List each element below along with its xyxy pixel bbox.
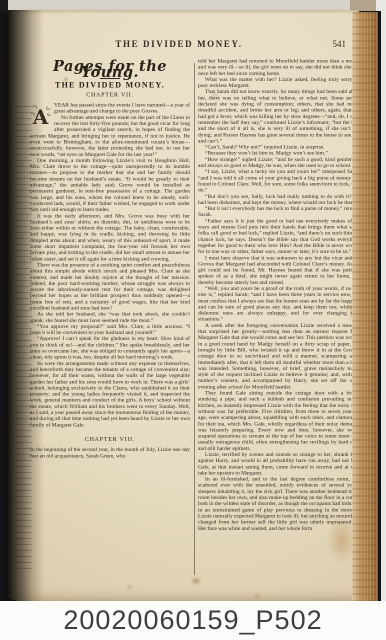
paragraph: “You approve my proposal?” said Mrs. Cla… xyxy=(30,323,190,335)
paragraph: A YEAR has passed since the events I hav… xyxy=(30,102,190,114)
paragraph: As she told her husband, she “was that t… xyxy=(30,311,190,323)
chapter-heading: CHAPTER VIII. xyxy=(30,436,190,442)
paragraph: One morning, a month following Lizzie’s … xyxy=(30,157,190,212)
gutter-curved-text xyxy=(15,106,32,574)
paragraph: “Well, you and yours be a proof of the t… xyxy=(198,285,361,322)
right-column: told her Margaret had returned to Moorfi… xyxy=(198,58,361,573)
paragraph: There was the presence of a soothing qui… xyxy=(30,262,190,311)
paragraph: I must here observe that it was unknown … xyxy=(198,255,361,286)
paragraph: So were the arrangements made without an… xyxy=(30,360,190,428)
story-title: THE DIVIDED MONEY. xyxy=(30,82,190,88)
stain-spot xyxy=(208,90,222,100)
paragraph: told her Margaret had returned to Moorfi… xyxy=(198,58,361,76)
paragraph: “But it isn’t everybody has the luck to … xyxy=(198,206,361,218)
book-photo: THE DIVIDED MONEY. 541 Pages for the You… xyxy=(0,0,386,640)
book-page: THE DIVIDED MONEY. 541 Pages for the You… xyxy=(8,10,360,602)
paragraph: “How strange!” sighed Lizzie; “and he su… xyxy=(198,156,361,168)
archive-code-label: 20020060159_P502 xyxy=(63,605,322,636)
paragraph: It was the early afternoon, and Mrs. Gro… xyxy=(30,213,190,262)
paragraph: A week after the foregoing conversation … xyxy=(198,322,361,390)
masthead-title: Pages for the Young. xyxy=(30,63,190,75)
stain-spot xyxy=(188,575,204,587)
paragraph: In the beginning of the second year, in … xyxy=(30,447,190,459)
background-edge xyxy=(381,0,386,640)
chapter-heading: CHAPTER VII. xyxy=(30,91,190,97)
paragraph-text: YEAR has passed since the events I have … xyxy=(54,102,190,114)
archive-label-strip: 20020060159_P502 xyxy=(0,601,386,640)
paragraph: That Sarah did not know exactly. So many… xyxy=(198,89,361,144)
page-number: 541 xyxy=(333,39,347,49)
paragraph: “Father says it is just the good or bad … xyxy=(198,218,361,255)
paragraph: “I say, Lizzie, what a lucky lot you and… xyxy=(198,169,361,194)
paragraph: Lizzie, terrified by scenes and sounds s… xyxy=(198,452,361,477)
stain-spot xyxy=(62,76,70,83)
stain-spot xyxy=(252,592,263,600)
paragraph: No further attempts were made on the par… xyxy=(30,114,190,157)
book-fore-edge xyxy=(352,12,378,602)
running-title: THE DIVIDED MONEY. xyxy=(38,39,320,49)
paragraph: “Approve! I can’t speak for the gladness… xyxy=(30,336,190,361)
paragraph: “But don’t you see, Sally, luck had real… xyxy=(198,193,361,205)
paragraph: They found Gale sitting outside the cott… xyxy=(198,390,361,451)
column-divider-rule xyxy=(194,63,195,575)
stain-spot xyxy=(126,584,133,590)
text-columns: Pages for the Young. THE DIVIDED MONEY. … xyxy=(30,55,362,577)
paragraph: What was the matter with her? Lizzie ask… xyxy=(198,76,361,88)
left-column: Pages for the Young. THE DIVIDED MONEY. … xyxy=(30,55,190,572)
